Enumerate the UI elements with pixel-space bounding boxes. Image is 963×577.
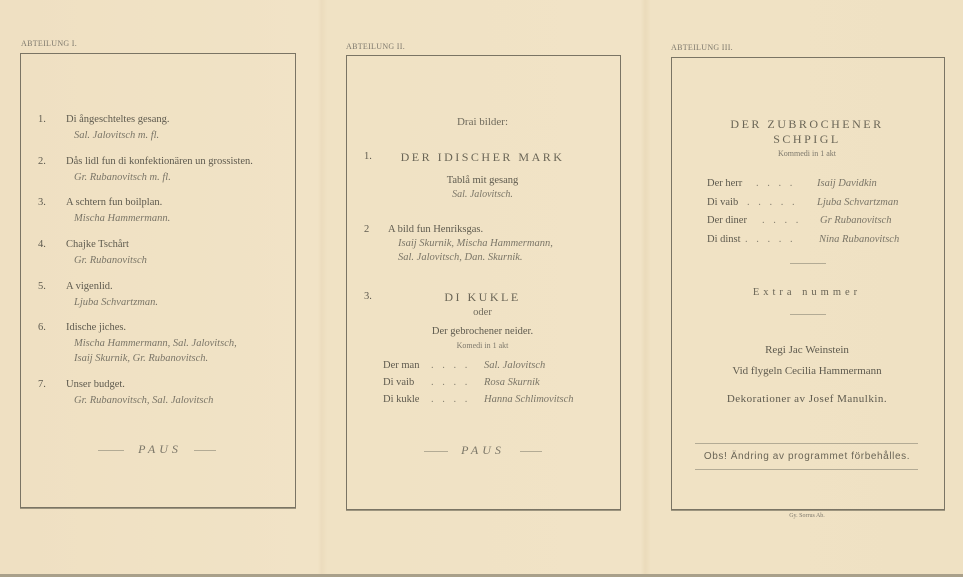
bild-subtitle: Tablå mit gesang (346, 175, 619, 186)
section-label: ABTEILUNG III. (671, 43, 733, 52)
play-title-line2: SCHPIGL (671, 132, 943, 147)
intermission-label: PAUS (443, 443, 523, 458)
item-cast: Ljuba Schvartzman. (74, 295, 158, 310)
role-name: Der man (383, 360, 419, 371)
role-name: Di vaib (383, 377, 414, 388)
credit-pianist: Vid flygeln Cecilia Hammermann (671, 365, 943, 377)
item-number: 7. (38, 379, 46, 390)
actor-name: Hanna Schlimovitsch (484, 394, 574, 405)
divider (790, 314, 826, 315)
cast-line: Mischa Hammermann, Sal. Jalovitsch, (74, 336, 237, 351)
section-label: ABTEILUNG I. (21, 39, 77, 48)
bild-genre: Komedi in 1 akt (346, 341, 619, 350)
dot-leader: . . . . . (745, 234, 796, 245)
bild-title: DI KUKLE (346, 290, 619, 305)
role-name: Di kukle (383, 394, 419, 405)
divider (194, 450, 216, 451)
cast-line: Isaij Skurnik, Gr. Rubanovitsch. (74, 351, 237, 366)
item-number: 6. (38, 322, 46, 333)
role-name: Di vaib (707, 197, 738, 208)
bild-cast: Sal. Jalovitsch. (346, 189, 619, 200)
item-cast: Gr. Rubanovitsch (74, 253, 147, 268)
bild-title: DER IDISCHER MARK (346, 150, 619, 165)
divider (695, 469, 918, 470)
intro-text: Drai bilder: (346, 116, 619, 128)
intermission-label: PAUS (120, 442, 200, 457)
item-cast: Isaij Skurnik, Mischa Hammermann, Sal. J… (398, 237, 553, 265)
item-number: 1. (38, 114, 46, 125)
play-title-line1: DER ZUBROCHENER (671, 117, 943, 132)
item-cast: Sal. Jalovitsch m. fl. (74, 128, 159, 143)
item-number: 3. (38, 197, 46, 208)
printer-imprint: Gy. Sorrus Ab. (671, 513, 943, 519)
cast-line: Sal. Jalovitsch, Dan. Skurnik. (398, 251, 553, 265)
item-number: 5. (38, 281, 46, 292)
dot-leader: . . . . . (747, 197, 798, 208)
actor-name: Ljuba Schvartzman (817, 197, 898, 208)
credit-decorations: Dekorationer av Josef Manulkin. (671, 393, 943, 405)
item-title: Dås lidl fun di konfektionären un grossi… (66, 156, 253, 167)
dot-leader: . . . . (431, 360, 470, 371)
extra-number: Extra nummer (671, 287, 943, 298)
item-title: Unser budget. (66, 379, 125, 390)
item-title: Di ångeschteltes gesang. (66, 114, 170, 125)
notice-text: Obs! Ändring av programmet förbehålles. (671, 451, 943, 462)
role-name: Der herr (707, 178, 742, 189)
bild-subtitle: Der gebrochener neider. (346, 326, 619, 337)
actor-name: Sal. Jalovitsch (484, 360, 545, 371)
item-cast: Gr. Rubanovitsch m. fl. (74, 170, 171, 185)
item-title: A vigenlid. (66, 281, 113, 292)
item-number: 2 (364, 224, 369, 235)
role-name: Di dinst (707, 234, 741, 245)
divider (520, 451, 542, 452)
cast-line: Isaij Skurnik, Mischa Hammermann, (398, 237, 553, 251)
divider (695, 443, 918, 444)
actor-name: Rosa Skurnik (484, 377, 540, 388)
item-cast: Mischa Hammermann. (74, 211, 170, 226)
role-name: Der diner (707, 215, 747, 226)
item-number: 2. (38, 156, 46, 167)
dot-leader: . . . . (762, 215, 801, 226)
divider (790, 263, 826, 264)
item-title: Idische jiches. (66, 322, 126, 333)
dot-leader: . . . . (431, 377, 470, 388)
actor-name: Nina Rubanovitsch (819, 234, 899, 245)
credit-director: Regi Jac Weinstein (671, 344, 943, 356)
dot-leader: . . . . (431, 394, 470, 405)
play-genre: Kommedi in 1 akt (671, 149, 943, 158)
bild-oder: oder (346, 307, 619, 318)
item-title: A schtern fun boilplan. (66, 197, 162, 208)
item-number: 4. (38, 239, 46, 250)
actor-name: Isaij Davidkin (817, 178, 877, 189)
item-cast: Gr. Rubanovitsch, Sal. Jalovitsch (74, 393, 213, 408)
actor-name: Gr Rubanovitsch (820, 215, 891, 226)
item-title: Chajke Tschårt (66, 239, 129, 250)
item-title: A bild fun Henriksgas. (388, 224, 483, 235)
section-label: ABTEILUNG II. (346, 42, 405, 51)
dot-leader: . . . . (756, 178, 795, 189)
item-cast: Mischa Hammermann, Sal. Jalovitsch, Isai… (74, 336, 237, 366)
